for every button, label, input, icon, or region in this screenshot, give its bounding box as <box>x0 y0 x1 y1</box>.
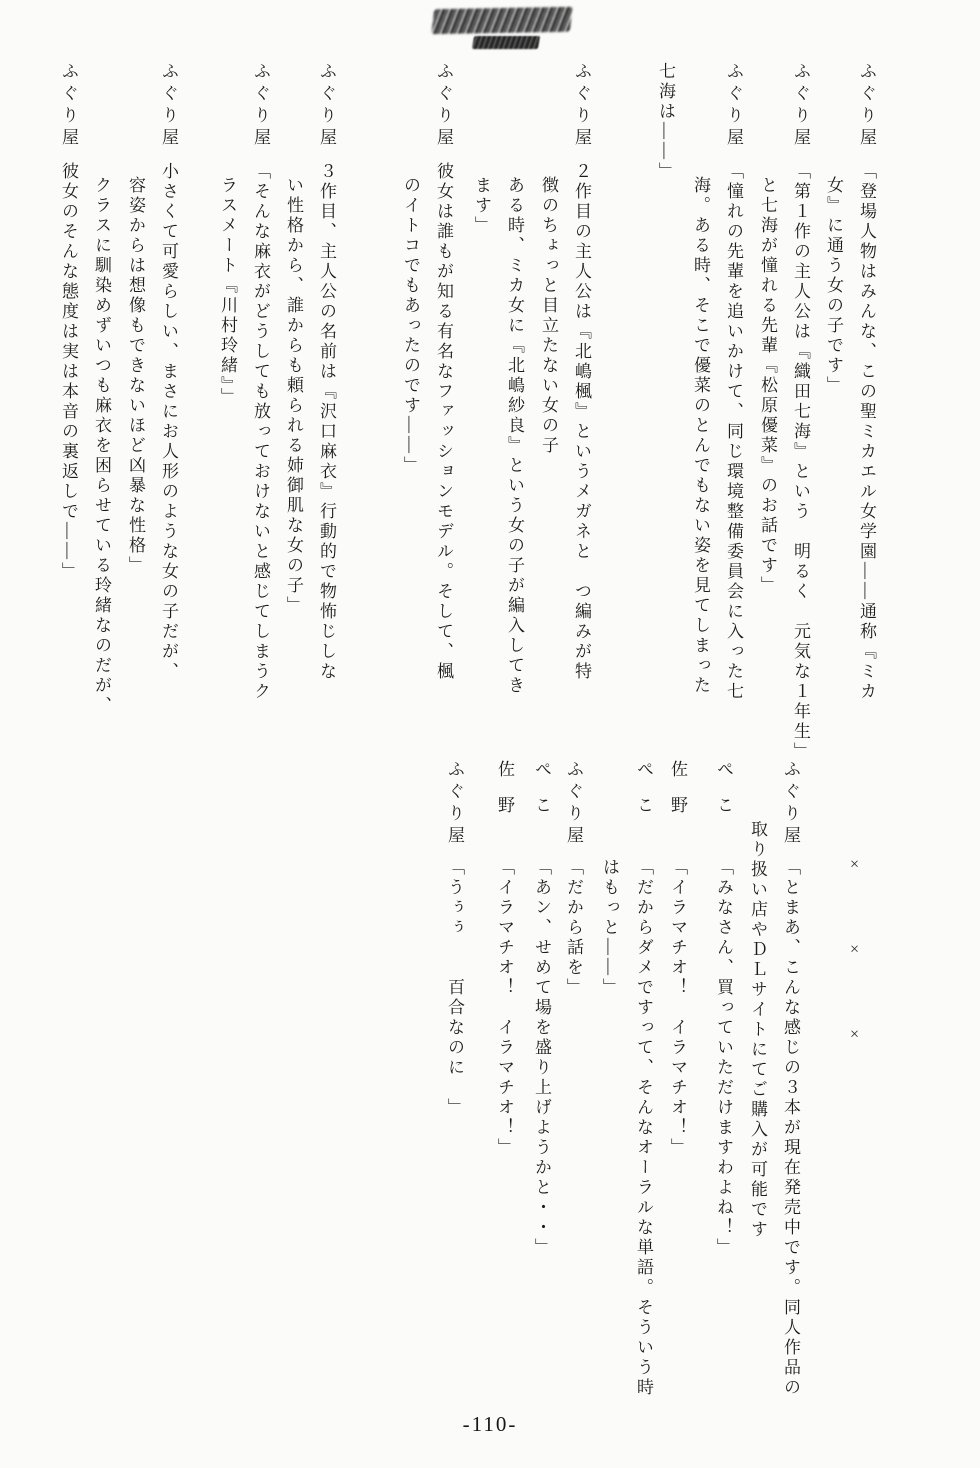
dialogue-column: 「あン、せめて場を盛り上げようかと・・」 <box>530 858 552 1258</box>
speaker-label: ふぐり屋 <box>779 760 801 848</box>
speaker-label: ふぐり屋 <box>722 62 744 150</box>
dialogue-column: ます」 <box>470 176 492 236</box>
speaker-label: ふぐり屋 <box>789 62 811 150</box>
title-logo <box>415 6 585 52</box>
title-logo-sub <box>472 36 540 49</box>
dialogue-column: い性格から、誰からも頼られる姉御肌な女の子」 <box>282 176 304 616</box>
dialogue-column: 取り扱い店やＤＬサイトにてご購入が可能です <box>746 820 768 1240</box>
speaker-label: 佐野 <box>493 760 515 832</box>
dialogue-column: クラスに馴染めずいつも麻衣を困らせている玲緒なのだが、 <box>90 176 112 716</box>
speaker-label: ふぐり屋 <box>570 62 592 150</box>
speaker-label: ぺこ <box>632 760 654 832</box>
speaker-label: ふぐり屋 <box>432 62 454 150</box>
dialogue-column: 「とまあ、こんな感じの３本が現在発売中です。同人作品の <box>779 858 801 1398</box>
speaker-label: ふぐり屋 <box>249 62 271 150</box>
speaker-label: ぺこ <box>712 760 734 832</box>
dialogue-column: 彼女は誰もが知る有名なファッションモデル。そして、楓 <box>432 162 454 682</box>
dialogue-column: 海。ある時、そこで優菜のとんでもない姿を見てしまった <box>689 176 711 696</box>
dialogue-column: 「第１作の主人公は『織田七海』という 明るく 元気な１年生」 <box>789 162 811 762</box>
dialogue-column: ３作目、主人公の名前は『沢口麻衣』行動的で物怖じしな <box>315 162 337 682</box>
dialogue-column: ラスメート『川村玲緒』」 <box>216 176 238 408</box>
dialogue-column: と七海が憧れる先輩『松原優菜』のお話です」 <box>756 176 778 596</box>
dialogue-column: 彼女のそんな態度は実は本音の裏返しで――」 <box>57 162 79 582</box>
section-divider-marks: × × × <box>843 856 865 1069</box>
dialogue-column: 「そんな麻衣がどうしても放っておけないと感じてしまうク <box>249 162 271 702</box>
scanned-doujin-page: ふぐり屋「登場人物はみんな、この聖ミカエル女学園――通称『ミカ女』に通う女の子で… <box>0 0 980 1468</box>
dialogue-column: 「登場人物はみんな、この聖ミカエル女学園――通称『ミカ <box>855 162 877 702</box>
dialogue-column: 小さくて可愛らしい、まさにお人形のような女の子だが、 <box>157 162 179 682</box>
dialogue-column: 「イラマチオ！ イラマチオ！」 <box>493 858 515 1158</box>
dialogue-column: 七海は――」 <box>654 62 676 182</box>
dialogue-column: 「だからダメですって、そんなオーラルな単語。そういう時 <box>632 858 654 1398</box>
speaker-label: ふぐり屋 <box>315 62 337 150</box>
dialogue-column: のイトコでもあったのです――」 <box>399 176 421 476</box>
dialogue-column: 「イラマチオ！ イラマチオ！」 <box>666 858 688 1158</box>
dialogue-column: 「憧れの先輩を追いかけて、同じ環境整備委員会に入った七 <box>722 162 744 702</box>
speaker-label: ふぐり屋 <box>157 62 179 150</box>
speaker-label: ふぐり屋 <box>443 760 465 848</box>
dialogue-column: 「うぅぅ 百合なのに 」 <box>443 858 465 1118</box>
title-logo-main <box>431 7 572 34</box>
dialogue-column: 「だから話を」 <box>562 858 584 998</box>
speaker-label: 佐野 <box>666 760 688 832</box>
dialogue-column: 女』に通う女の子です」 <box>822 176 844 396</box>
dialogue-column: 徴のちょっと目立たない女の子 <box>537 176 559 456</box>
speaker-label: ぺこ <box>530 760 552 832</box>
speaker-label: ふぐり屋 <box>855 62 877 150</box>
dialogue-column: ある時、ミカ女に『北嶋紗良』という女の子が編入してき <box>503 176 525 696</box>
speaker-label: ふぐり屋 <box>57 62 79 150</box>
dialogue-column: 容姿からは想像もできないほど凶暴な性格」 <box>124 176 146 576</box>
dialogue-column: 「みなさん、買っていただけますわよね！」 <box>712 858 734 1258</box>
page-number: -110- <box>0 1412 980 1437</box>
speaker-label: ふぐり屋 <box>562 760 584 848</box>
dialogue-column: ２作目の主人公は『北嶋楓』というメガネと つ編みが特 <box>570 162 592 682</box>
dialogue-column: はもっと――」 <box>598 858 620 998</box>
